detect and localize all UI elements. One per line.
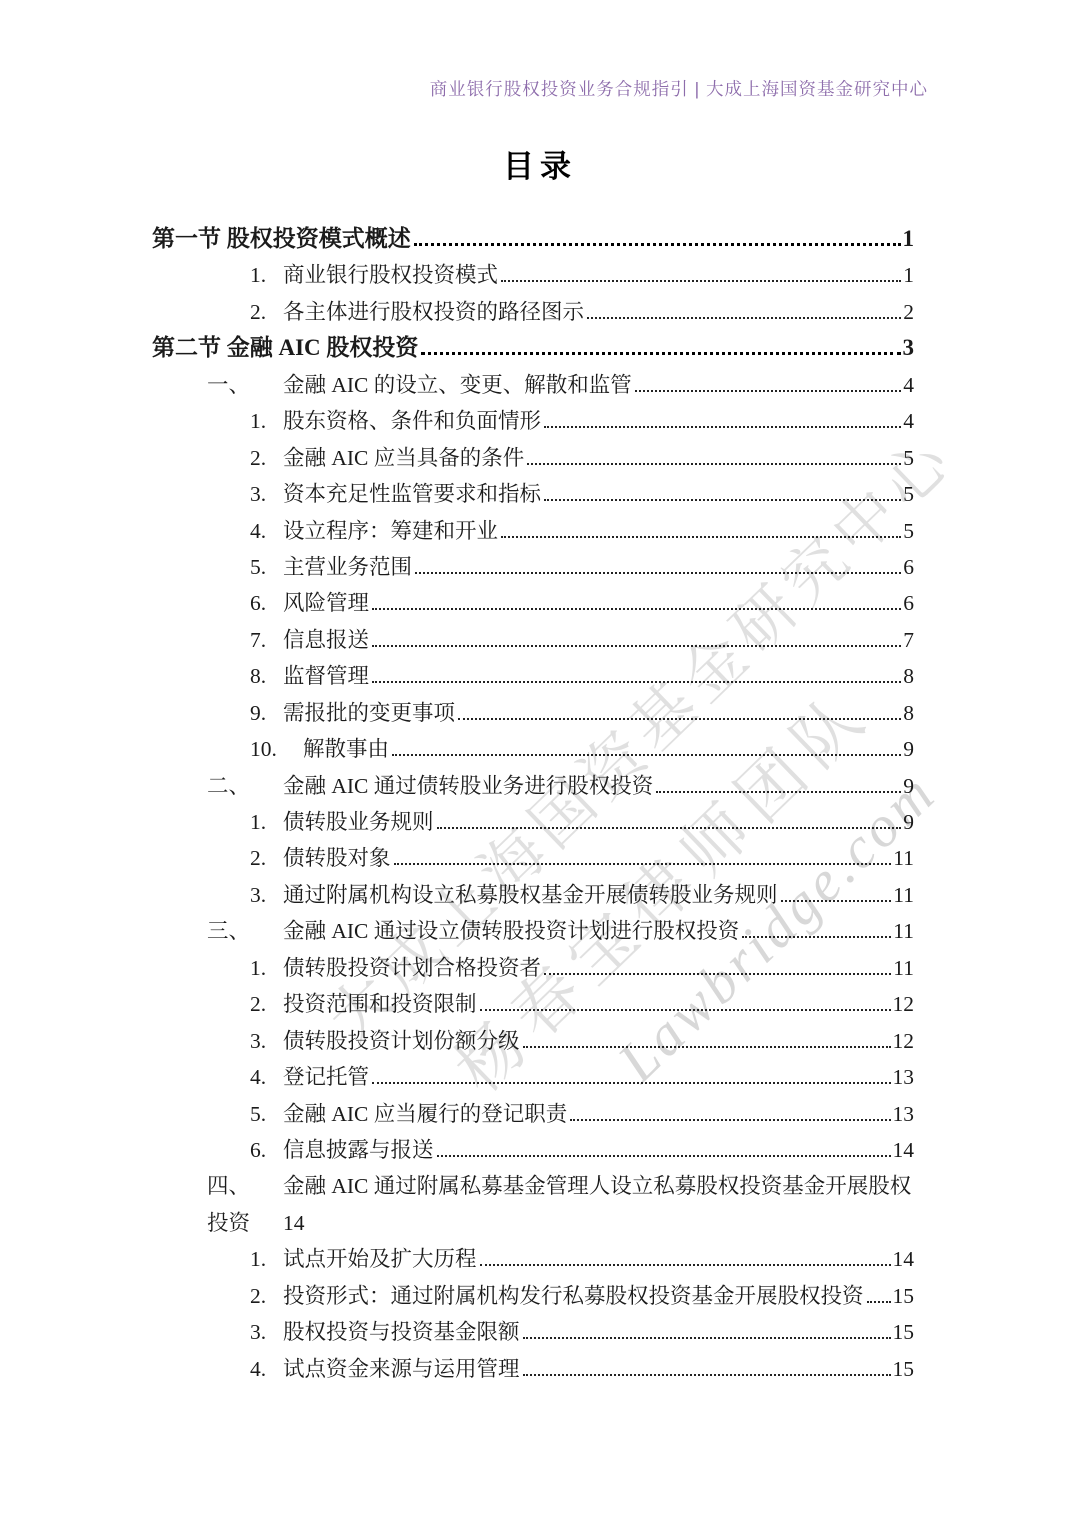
toc-entry-number: 3. xyxy=(250,476,283,512)
toc-entry[interactable]: 4.试点资金来源与运用管理15 xyxy=(152,1351,914,1387)
toc-entry[interactable]: 6.风险管理6 xyxy=(152,585,914,621)
toc-entry-page-number: 6 xyxy=(902,549,914,585)
toc-entry[interactable]: 三、金融 AIC 通过设立债转股投资计划进行股权投资11 xyxy=(152,913,914,949)
toc-entry-number: 2. xyxy=(250,440,283,476)
toc-entry-number: 2. xyxy=(250,1278,283,1314)
toc-dot-leader xyxy=(544,426,901,428)
toc-entry-page-number: 11 xyxy=(892,913,914,949)
toc-entry-label: 信息报送 xyxy=(283,622,369,658)
toc-entry-number: 7. xyxy=(250,622,283,658)
toc-entry-page-number: 8 xyxy=(902,695,914,731)
toc-entry-page-number: 4 xyxy=(902,403,914,439)
toc-entry-label: 投资范围和投资限制 xyxy=(283,986,477,1022)
toc-entry-page-number: 5 xyxy=(902,476,914,512)
toc-entry-number: 5. xyxy=(250,1096,283,1132)
toc-entry-page-number: 15 xyxy=(892,1351,915,1387)
toc-dot-leader xyxy=(372,681,901,683)
toc-dot-leader xyxy=(415,572,901,574)
toc-dot-leader xyxy=(480,1264,891,1266)
toc-entry[interactable]: 10.解散事由9 xyxy=(152,731,914,767)
toc-entry[interactable]: 3.资本充足性监管要求和指标5 xyxy=(152,476,914,512)
toc-dot-leader xyxy=(587,317,901,319)
toc-entry[interactable]: 2.各主体进行股权投资的路径图示2 xyxy=(152,294,914,330)
toc-dot-leader xyxy=(523,1337,891,1339)
toc-entry[interactable]: 7.信息报送7 xyxy=(152,622,914,658)
toc-entry-label: 监督管理 xyxy=(283,658,369,694)
toc-entry-page-number: 11 xyxy=(892,950,914,986)
toc-entry-page-number: 12 xyxy=(892,986,915,1022)
toc-entry[interactable]: 投资14 xyxy=(152,1205,914,1241)
toc-dot-leader xyxy=(523,1046,891,1048)
toc-dot-leader xyxy=(781,900,892,902)
page-header: 商业银行股权投资业务合规指引 | 大成上海国资基金研究中心 xyxy=(0,76,928,101)
toc-entry[interactable]: 2.金融 AIC 应当具备的条件5 xyxy=(152,440,914,476)
toc-entry-label: 金融 AIC 通过债转股业务进行股权投资 xyxy=(283,768,653,804)
toc-entry-label: 债转股投资计划份额分级 xyxy=(283,1023,520,1059)
toc-entry-number: 6. xyxy=(250,1132,283,1168)
toc-entry-label: 主营业务范围 xyxy=(283,549,412,585)
toc-entry-page-number: 9 xyxy=(902,804,914,840)
toc-entry-page-number: 11 xyxy=(892,877,914,913)
toc-entry-number: 四、 xyxy=(207,1168,283,1204)
toc-dot-leader xyxy=(372,608,901,610)
toc-entry[interactable]: 2.投资形式：通过附属机构发行私募股权投资基金开展股权投资15 xyxy=(152,1278,914,1314)
toc-entry-label: 金融 AIC 的设立、变更、解散和监管 xyxy=(283,367,632,403)
toc-entry[interactable]: 5.金融 AIC 应当履行的登记职责13 xyxy=(152,1096,914,1132)
toc-entry-label: 第二节 金融 AIC 股权投资 xyxy=(152,330,418,366)
toc-entry[interactable]: 3.通过附属机构设立私募股权基金开展债转股业务规则11 xyxy=(152,877,914,913)
toc-entry-label: 金融 AIC 通过设立债转股投资计划进行股权投资 xyxy=(283,913,739,949)
toc-entry[interactable]: 1.商业银行股权投资模式1 xyxy=(152,257,914,293)
toc-entry-number: 3. xyxy=(250,1314,283,1350)
toc-entry[interactable]: 二、金融 AIC 通过债转股业务进行股权投资9 xyxy=(152,768,914,804)
toc-entry-number: 二、 xyxy=(207,768,283,804)
toc-entry-label: 设立程序：筹建和开业 xyxy=(283,513,498,549)
toc-entry-label: 信息披露与报送 xyxy=(283,1132,434,1168)
toc-entry[interactable]: 4.设立程序：筹建和开业5 xyxy=(152,513,914,549)
toc-entry[interactable]: 第二节 金融 AIC 股权投资3 xyxy=(152,330,914,366)
toc-entry-page-number: 14 xyxy=(892,1132,915,1168)
toc-entry-number: 4. xyxy=(250,513,283,549)
toc-entry-page-number: 4 xyxy=(902,367,914,403)
toc-dot-leader xyxy=(437,827,902,829)
toc-entry[interactable]: 9.需报批的变更事项8 xyxy=(152,695,914,731)
toc-dot-leader xyxy=(421,352,900,355)
toc-dot-leader xyxy=(372,1082,890,1084)
toc-entry-number: 10. xyxy=(250,731,303,767)
toc-entry-page-number: 7 xyxy=(902,622,914,658)
toc-entry-number: 2. xyxy=(250,294,283,330)
toc-entry-page-number: 2 xyxy=(902,294,914,330)
toc-entry[interactable]: 5.主营业务范围6 xyxy=(152,549,914,585)
toc-entry-page-number: 3 xyxy=(902,330,915,366)
toc-entry-label: 需报批的变更事项 xyxy=(283,695,455,731)
toc-dot-leader xyxy=(742,936,891,938)
toc-dot-leader xyxy=(523,1374,891,1376)
toc-dot-leader xyxy=(414,243,901,246)
toc-entry-label: 债转股投资计划合格投资者 xyxy=(283,950,541,986)
toc-entry-number: 3. xyxy=(250,1023,283,1059)
toc-entry-label: 投资形式：通过附属机构发行私募股权投资基金开展股权投资 xyxy=(283,1278,864,1314)
toc-entry-label: 通过附属机构设立私募股权基金开展债转股业务规则 xyxy=(283,877,778,913)
toc-dot-leader xyxy=(458,718,901,720)
toc-entry[interactable]: 3.股权投资与投资基金限额15 xyxy=(152,1314,914,1350)
toc-entry-page-number: 1 xyxy=(902,257,914,293)
toc-entry-label: 登记托管 xyxy=(283,1059,369,1095)
toc-entry-label: 试点资金来源与运用管理 xyxy=(283,1351,520,1387)
toc-dot-leader xyxy=(656,791,901,793)
toc-dot-leader xyxy=(501,280,901,282)
toc-entry-page-number: 12 xyxy=(892,1023,915,1059)
toc-entry-number: 1. xyxy=(250,257,283,293)
toc-entry-page-number: 15 xyxy=(892,1278,915,1314)
toc-dot-leader xyxy=(392,754,901,756)
toc-entry[interactable]: 第一节 股权投资模式概述1 xyxy=(152,221,914,257)
toc-dot-leader xyxy=(544,499,901,501)
toc-entry-page-number: 13 xyxy=(892,1059,915,1095)
toc-entry-label: 各主体进行股权投资的路径图示 xyxy=(283,294,584,330)
toc-entry-number: 2. xyxy=(250,986,283,1022)
toc-entry[interactable]: 3.债转股投资计划份额分级12 xyxy=(152,1023,914,1059)
toc-entry-page-number: 8 xyxy=(902,658,914,694)
toc-dot-leader xyxy=(372,645,901,647)
toc-entry-label: 金融 AIC 通过附属私募基金管理人设立私募股权投资基金开展股权 xyxy=(283,1168,911,1204)
toc-dot-leader xyxy=(527,463,901,465)
toc-entry-page-number: 15 xyxy=(892,1314,915,1350)
toc-entry-number: 8. xyxy=(250,658,283,694)
toc-dot-leader xyxy=(867,1301,891,1303)
toc-dot-leader xyxy=(480,1009,891,1011)
toc-dot-leader xyxy=(635,390,901,392)
toc-entry[interactable]: 8.监督管理8 xyxy=(152,658,914,694)
toc-dot-leader xyxy=(437,1155,891,1157)
toc-entry-number: 3. xyxy=(250,877,283,913)
toc-dot-leader xyxy=(570,1119,890,1121)
toc-entry-label: 金融 AIC 应当具备的条件 xyxy=(283,440,524,476)
toc-entry-label: 金融 AIC 应当履行的登记职责 xyxy=(283,1096,567,1132)
toc-entry-number: 1. xyxy=(250,950,283,986)
toc-dot-leader xyxy=(501,536,901,538)
toc-entry-page-number: 9 xyxy=(902,731,914,767)
toc-entry-number: 投资 xyxy=(207,1205,283,1241)
toc-entry-label: 第一节 股权投资模式概述 xyxy=(152,221,411,257)
toc-entry-page-number: 6 xyxy=(902,585,914,621)
toc-entry[interactable]: 一、金融 AIC 的设立、变更、解散和监管4 xyxy=(152,367,914,403)
toc-entry-number: 三、 xyxy=(207,913,283,949)
toc-dot-leader xyxy=(394,863,892,865)
toc-entry-label: 债转股对象 xyxy=(283,840,391,876)
toc-entry[interactable]: 6.信息披露与报送14 xyxy=(152,1132,914,1168)
toc-entry-number: 1. xyxy=(250,1241,283,1277)
toc-entry-number: 2. xyxy=(250,840,283,876)
toc-entry-label: 解散事由 xyxy=(303,731,389,767)
toc-entry-page-number: 5 xyxy=(902,440,914,476)
toc-entry-number: 一、 xyxy=(207,367,283,403)
toc-entry-label: 14 xyxy=(283,1205,305,1241)
toc-entry[interactable]: 2.投资范围和投资限制12 xyxy=(152,986,914,1022)
toc-entry-page-number: 14 xyxy=(892,1241,915,1277)
toc-entry-label: 资本充足性监管要求和指标 xyxy=(283,476,541,512)
toc-entry-number: 4. xyxy=(250,1351,283,1387)
toc-entry[interactable]: 四、金融 AIC 通过附属私募基金管理人设立私募股权投资基金开展股权 xyxy=(152,1168,914,1204)
toc-entry-number: 4. xyxy=(250,1059,283,1095)
toc-entry[interactable]: 1.债转股业务规则9 xyxy=(152,804,914,840)
toc-entry-label: 商业银行股权投资模式 xyxy=(283,257,498,293)
document-page: 大成上海国资基金研究中心 杨春宝律师团队 Lawbridge.com 商业银行股… xyxy=(0,0,1080,1527)
toc-dot-leader xyxy=(544,973,891,975)
toc-entry-number: 6. xyxy=(250,585,283,621)
toc-entry-page-number: 13 xyxy=(892,1096,915,1132)
toc-entry-label: 股权投资与投资基金限额 xyxy=(283,1314,520,1350)
toc-entry[interactable]: 4.登记托管13 xyxy=(152,1059,914,1095)
page-title: 目录 xyxy=(0,141,1080,186)
toc-entry-page-number: 5 xyxy=(902,513,914,549)
table-of-contents: 第一节 股权投资模式概述11.商业银行股权投资模式12.各主体进行股权投资的路径… xyxy=(152,221,914,1387)
toc-entry[interactable]: 1.试点开始及扩大历程14 xyxy=(152,1241,914,1277)
toc-entry[interactable]: 2.债转股对象11 xyxy=(152,840,914,876)
toc-entry-label: 股东资格、条件和负面情形 xyxy=(283,403,541,439)
toc-entry-page-number: 9 xyxy=(902,768,914,804)
toc-entry-page-number: 11 xyxy=(892,840,914,876)
toc-entry-label: 试点开始及扩大历程 xyxy=(283,1241,477,1277)
toc-entry-label: 风险管理 xyxy=(283,585,369,621)
toc-entry-number: 1. xyxy=(250,403,283,439)
toc-entry-label: 债转股业务规则 xyxy=(283,804,434,840)
toc-entry-number: 9. xyxy=(250,695,283,731)
toc-entry-number: 5. xyxy=(250,549,283,585)
toc-entry[interactable]: 1.股东资格、条件和负面情形4 xyxy=(152,403,914,439)
toc-entry-number: 1. xyxy=(250,804,283,840)
toc-entry-page-number: 1 xyxy=(902,221,915,257)
toc-entry[interactable]: 1.债转股投资计划合格投资者11 xyxy=(152,950,914,986)
